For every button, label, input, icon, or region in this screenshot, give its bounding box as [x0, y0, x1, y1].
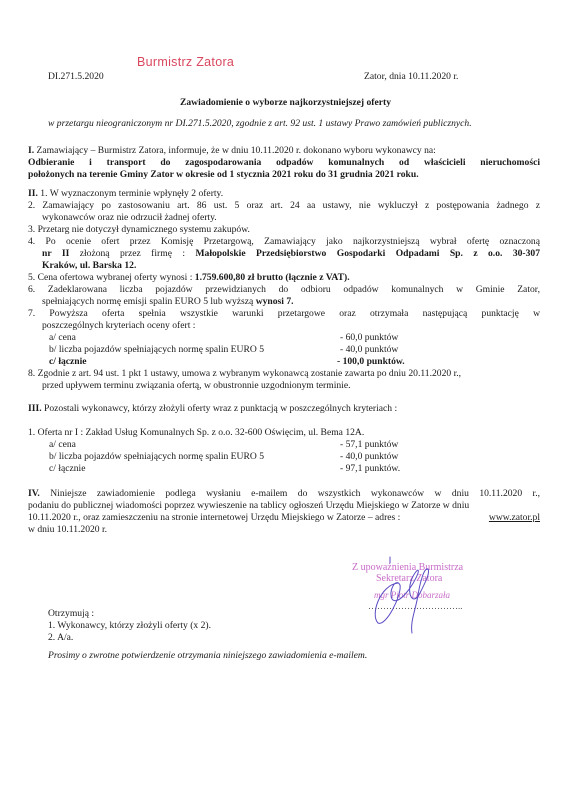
section-4-line2: podaniu do publicznej wiadomości poprzez… [28, 500, 540, 512]
section-2-item-8-line1: 8. Zgodnie z art. 94 ust. 1 pkt 1 ustawy… [28, 368, 540, 380]
recipient-item: 1. Wykonawcy, którzy złożyli oferty (x 2… [48, 620, 211, 631]
section-3-intro: III. Pozostali wykonawcy, którzy złożyli… [28, 403, 540, 415]
section-4-line3: 10.11.2020 r., oraz zamieszczeniu na str… [28, 512, 540, 524]
handwritten-signature-icon [340, 555, 450, 635]
section-3-offer: 1. Oferta nr I : Zakład Usług Komunalnyc… [28, 427, 540, 439]
section-2-item-8-line2: przed upływem terminu związania ofertą, … [42, 380, 540, 392]
score-row: b/ liczba pojazdów spełniających normę s… [49, 451, 561, 463]
section-2-item-1: II. 1. W wyznaczonym terminie wpłynęły 2… [28, 188, 540, 200]
section-2-item-4-line2: nr II złożoną przez firmę : Małopolskie … [42, 248, 540, 260]
section-1-intro: I. Zamawiający – Burmistrz Zatora, infor… [28, 145, 540, 157]
place-date: Zator, dnia 10.11.2020 r. [364, 71, 458, 82]
website-link[interactable]: www.zator.pl [489, 512, 540, 524]
score-row: b/ liczba pojazdów spełniających normę s… [49, 344, 561, 356]
red-stamp-burmistrz: Burmistrz Zatora [137, 55, 234, 69]
winning-contractor: Małopolskie Przedsiębiorstwo Gospodarki … [195, 248, 540, 259]
winning-price: 1.759.600,80 zł brutto (łącznie z VAT). [195, 272, 350, 283]
document-subtitle: w przetargu nieograniczonym nr DI.271.5.… [48, 118, 472, 129]
section-1-subject-line1: Odbieranie i transport do zagospodarowan… [28, 157, 540, 169]
section-2-item-7-line2: poszczególnych kryteriach oceny ofert : [42, 320, 540, 332]
section-2-item-6-line2: spełniających normę emisji spalin EURO 5… [42, 296, 540, 308]
section-4-line1: IV. Niniejsze zawiadomienie podlega wysł… [28, 488, 540, 500]
section-4-line4: w dniu 10.11.2020 r. [28, 524, 540, 536]
recipient-item: 2. A/a. [48, 632, 73, 643]
section-2-item-2-line2: wykonawców oraz nie odrzucił żadnej ofer… [42, 212, 540, 224]
score-row: a/ cena - 57,1 punktów [49, 439, 561, 451]
score-row-total: c/ łącznie - 97,1 punktów. [49, 463, 561, 475]
section-2-item-4-line3: Kraków, ul. Barska 12. [42, 260, 540, 272]
document-title: Zawiadomienie o wyborze najkorzystniejsz… [0, 97, 571, 108]
section-2-item-5: 5. Cena ofertowa wybranej oferty wynosi … [28, 272, 540, 284]
recipients-heading: Otrzymują : [48, 608, 94, 619]
footer-note: Prosimy o zwrotne potwierdzenie otrzyman… [48, 650, 367, 661]
section-2-item-2-line1: 2. Zamawiający po zastosowaniu art. 86 u… [28, 200, 540, 212]
reference-number: DI.271.5.2020 [48, 71, 104, 82]
section-2-item-4-line1: 4. Po ocenie ofert przez Komisję Przetar… [28, 236, 540, 248]
score-row-total: c/ łącznie - 100,0 punktów. [49, 356, 561, 368]
score-row: a/ cena - 60,0 punktów [49, 332, 561, 344]
section-2-item-3: 3. Przetarg nie dotyczył dynamicznego sy… [28, 224, 540, 236]
section-2-item-7-line1: 7. Powyższa oferta spełnia wszystkie war… [28, 308, 540, 320]
section-1-subject-line2: położonych na terenie Gminy Zator w okre… [28, 169, 540, 181]
section-2-item-6-line1: 6. Zadeklarowana liczba pojazdów przewid… [28, 284, 540, 296]
